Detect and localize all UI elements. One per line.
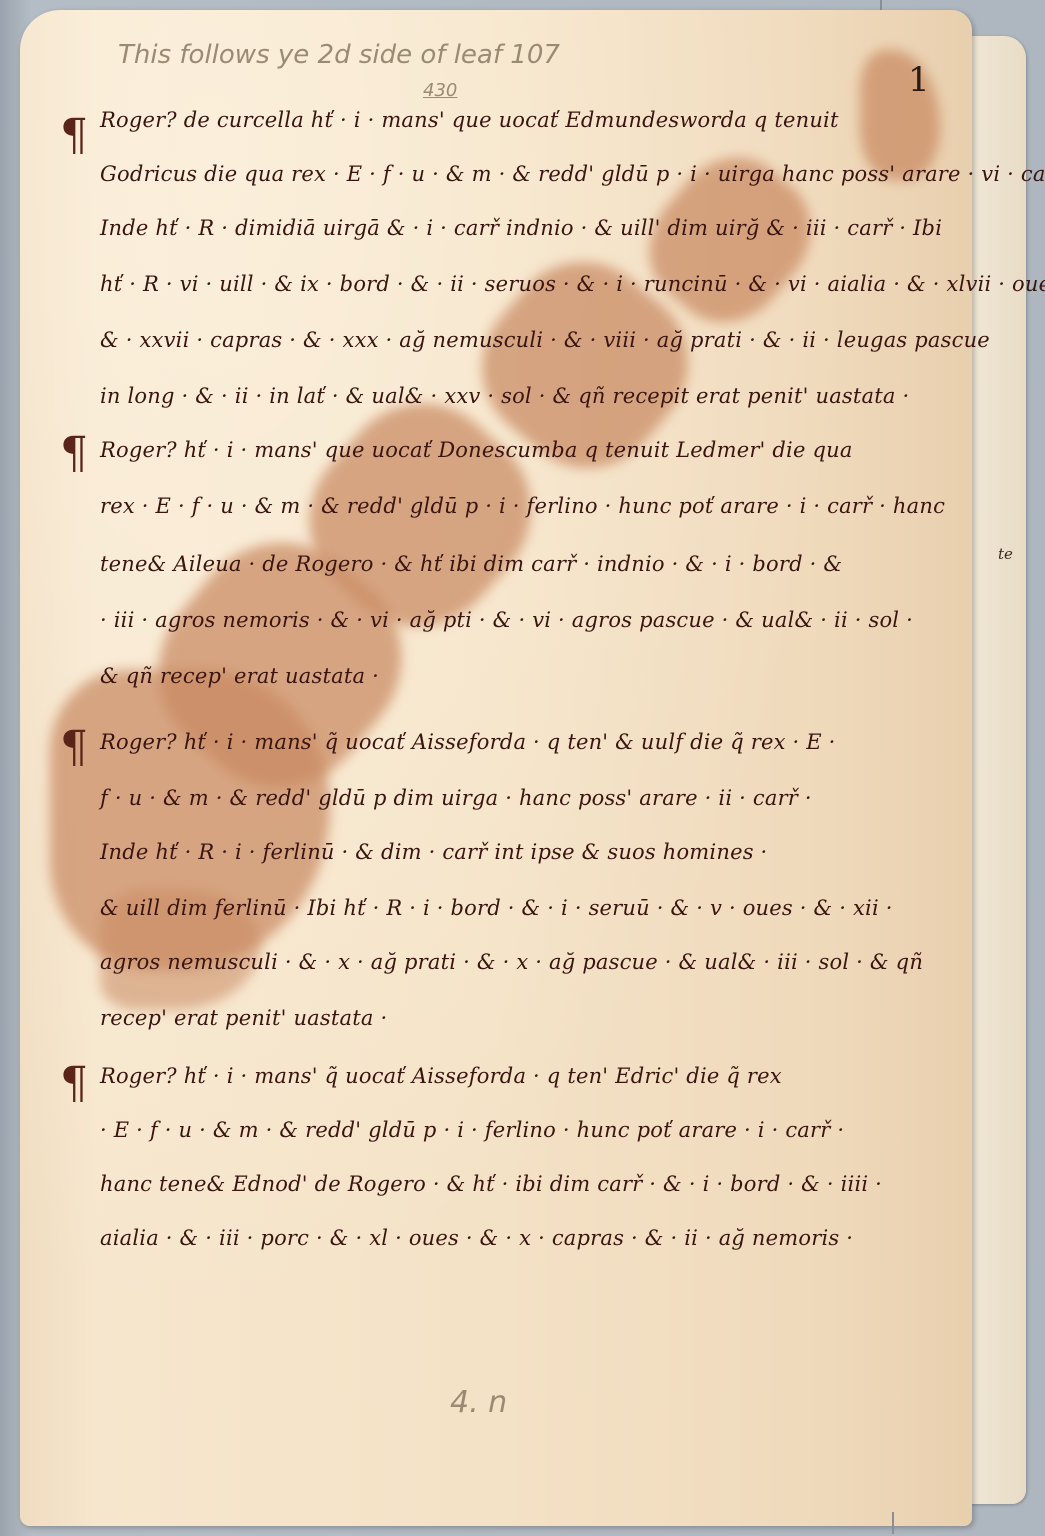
text-line: aialia · & · iii · porc · & · xl · oues … [100,1226,853,1250]
text-line: Inde hť · R · dimidiā uirgā & · i · carř… [100,216,942,240]
text-line: Godricus die qua rex · E · f · u · & m ·… [100,162,1045,186]
text-line: agros nemusculi · & · x · ağ prati · & ·… [100,950,923,974]
text-line: rex · E · f · u · & m · & redd' gldū p ·… [100,494,945,518]
text-line: f · u · & m · & redd' gldū p dim uirga ·… [100,786,812,810]
text-line: Roger? hť · i · mans' q̃ uocať Aisseford… [100,730,836,754]
text-line: Roger? hť · i · mans' que uocať Donescum… [100,438,853,462]
paragraph-mark: ¶ [60,428,88,479]
paragraph-mark: ¶ [60,110,88,161]
text-line: & uill dim ferlinū · Ibi hť · R · i · bo… [100,896,893,920]
footer-note: 4. n [450,1385,507,1420]
margin-fragment: te [998,545,1013,563]
text-line: · E · f · u · & m · & redd' gldū p · i ·… [100,1118,844,1142]
text-line: & qñ recep' erat uastata · [100,664,379,688]
text-line: tene& Aileua · de Rogero · & hť ibi dim … [100,552,842,576]
pencil-number: 430 [423,80,457,101]
text-line: hanc tene& Ednod' de Rogero · & hť · ibi… [100,1172,882,1196]
paragraph-mark: ¶ [60,1058,88,1109]
text-line: Roger? hť · i · mans' q̃ uocať Aisseford… [100,1064,782,1088]
text-line: · iii · agros nemoris · & · vi · ağ pti … [100,608,913,632]
text-line: recep' erat penit' uastata · [100,1006,387,1030]
paragraph-mark: ¶ [60,722,88,773]
text-line: Roger? de curcella hť · i · mans' que uo… [100,108,839,132]
text-line: & · xxvii · capras · & · xxx · ağ nemusc… [100,328,990,352]
text-line: in long · & · ii · in lať · & ual& · xxv… [100,384,909,408]
text-line: hť · R · vi · uill · & ix · bord · & · i… [100,272,1045,296]
text-line: Inde hť · R · i · ferlinū · & dim · carř… [100,840,767,864]
pin-bottom [892,1512,894,1534]
folio-number: 1 [908,60,930,100]
header-note: This follows ye 2d side of leaf 107 [118,40,560,70]
